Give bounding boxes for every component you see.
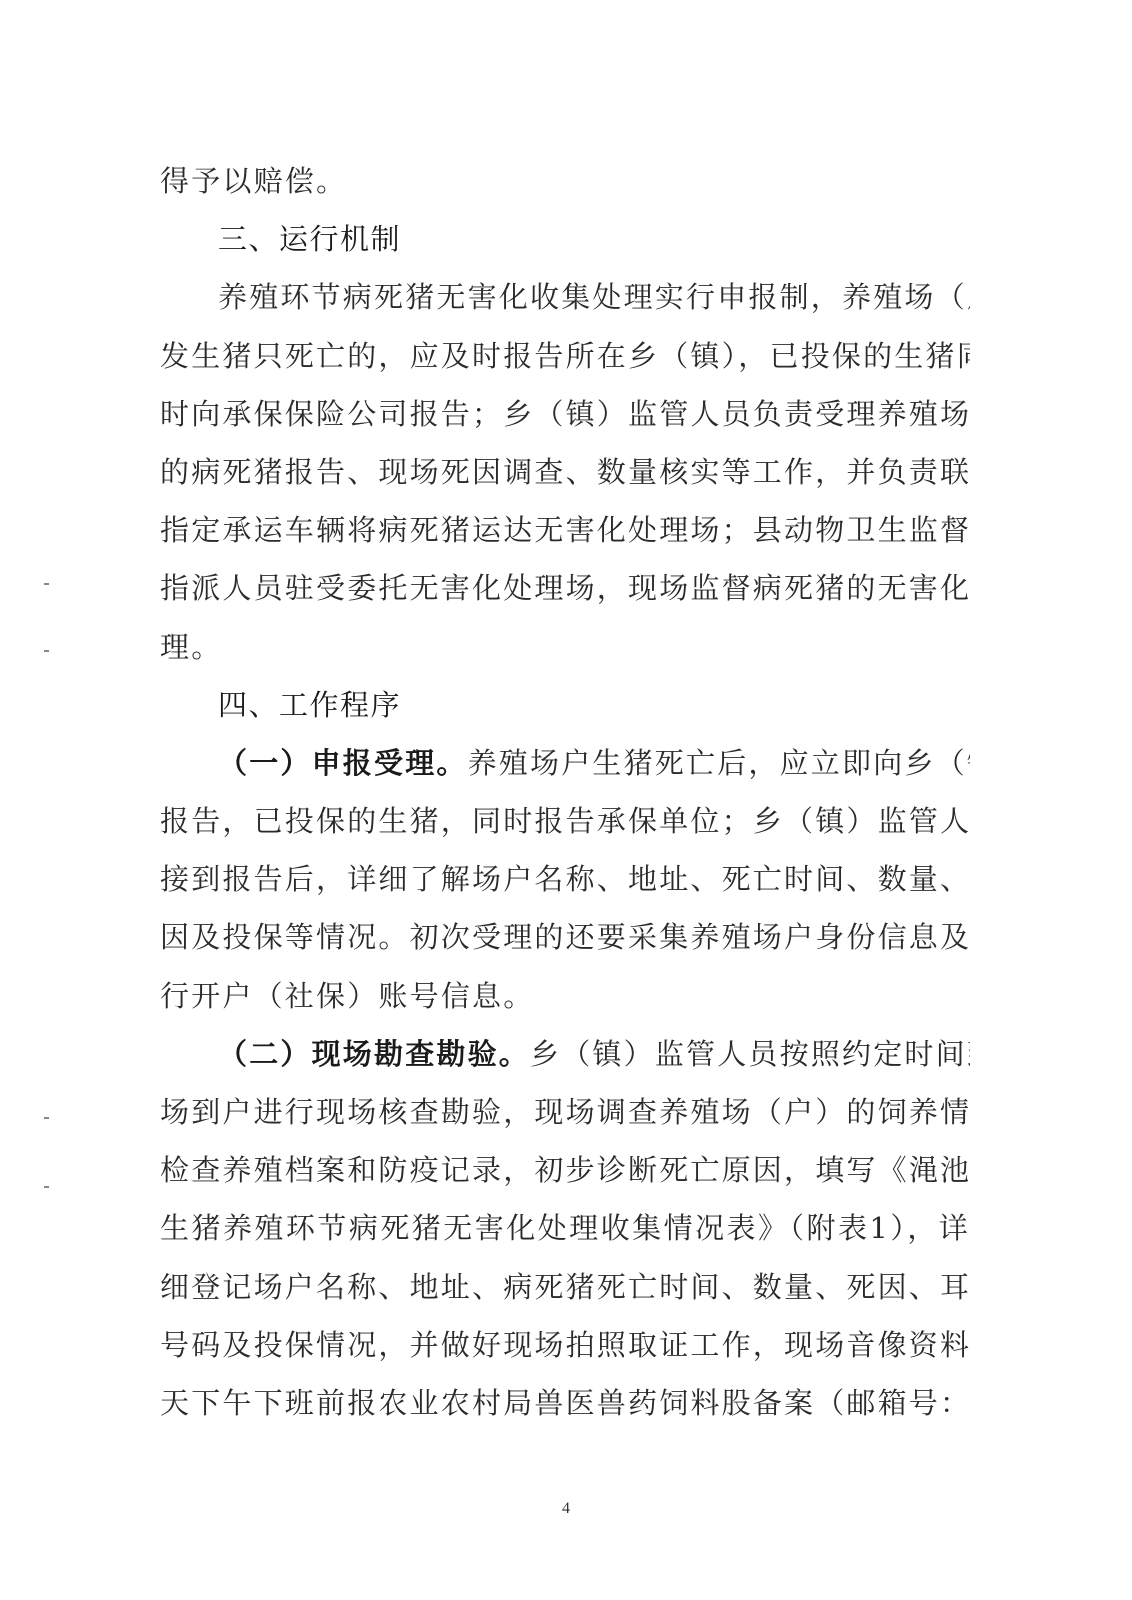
paragraph-line: 接到报告后，详细了解场户名称、地址、死亡时间、数量、原 <box>160 850 970 908</box>
paragraph-line: 细登记场户名称、地址、病死猪死亡时间、数量、死因、耳标 <box>160 1258 970 1316</box>
paragraph-line: 养殖环节病死猪无害化收集处理实行申报制，养殖场（户） <box>160 268 970 326</box>
paragraph-line: 行开户（社保）账号信息。 <box>160 967 970 1025</box>
subsection-title: （二）现场勘查勘验。 <box>218 1037 530 1071</box>
section-heading-work-procedure: 四、工作程序 <box>160 676 970 734</box>
page-number: 4 <box>0 1500 1132 1518</box>
subsection-title: （一）申报受理。 <box>218 746 468 780</box>
paragraph-line: 的病死猪报告、现场死因调查、数量核实等工作，并负责联系 <box>160 443 970 501</box>
paragraph-line: 号码及投保情况，并做好现场拍照取证工作，现场音像资料当 <box>160 1316 970 1374</box>
paragraph-line: 检查养殖档案和防疫记录，初步诊断死亡原因，填写《渑池县 <box>160 1141 970 1199</box>
paragraph-line: 发生猪只死亡的，应及时报告所在乡（镇），已投保的生猪同 <box>160 327 970 385</box>
paragraph-line: 指定承运车辆将病死猪运达无害化处理场；县动物卫生监督所 <box>160 501 970 559</box>
scan-margin-mark <box>44 583 49 585</box>
paragraph-line: 指派人员驻受委托无害化处理场，现场监督病死猪的无害化处 <box>160 559 970 617</box>
paragraph-line: 时向承保保险公司报告；乡（镇）监管人员负责受理养殖场户 <box>160 385 970 443</box>
scan-margin-mark <box>44 650 49 652</box>
document-page: 得予以赔偿。 三、运行机制 养殖环节病死猪无害化收集处理实行申报制，养殖场（户）… <box>160 152 970 1432</box>
scan-margin-mark <box>44 1117 49 1119</box>
paragraph-line: 场到户进行现场核查勘验，现场调查养殖场（户）的饲养情况， <box>160 1083 970 1141</box>
section-heading-operation-mechanism: 三、运行机制 <box>160 210 970 268</box>
paragraph-line-subsection-1: （一）申报受理。养殖场户生猪死亡后，应立即向乡（镇） <box>160 734 970 792</box>
paragraph-text: 乡（镇）监管人员按照约定时间到 <box>530 1037 970 1071</box>
paragraph-line: 得予以赔偿。 <box>160 152 970 210</box>
paragraph-line: 因及投保等情况。初次受理的还要采集养殖场户身份信息及银 <box>160 908 970 966</box>
paragraph-line: 生猪养殖环节病死猪无害化处理收集情况表》（附表1），详 <box>160 1199 970 1257</box>
paragraph-line: 报告，已投保的生猪，同时报告承保单位；乡（镇）监管人员 <box>160 792 970 850</box>
paragraph-text: 养殖场户生猪死亡后，应立即向乡（镇） <box>468 746 970 780</box>
paragraph-line: 理。 <box>160 618 970 676</box>
scan-margin-mark <box>44 1186 49 1188</box>
paragraph-line: 天下午下班前报农业农村局兽医兽药饲料股备案（邮箱号： <box>160 1374 970 1432</box>
paragraph-line-subsection-2: （二）现场勘查勘验。乡（镇）监管人员按照约定时间到 <box>160 1025 970 1083</box>
